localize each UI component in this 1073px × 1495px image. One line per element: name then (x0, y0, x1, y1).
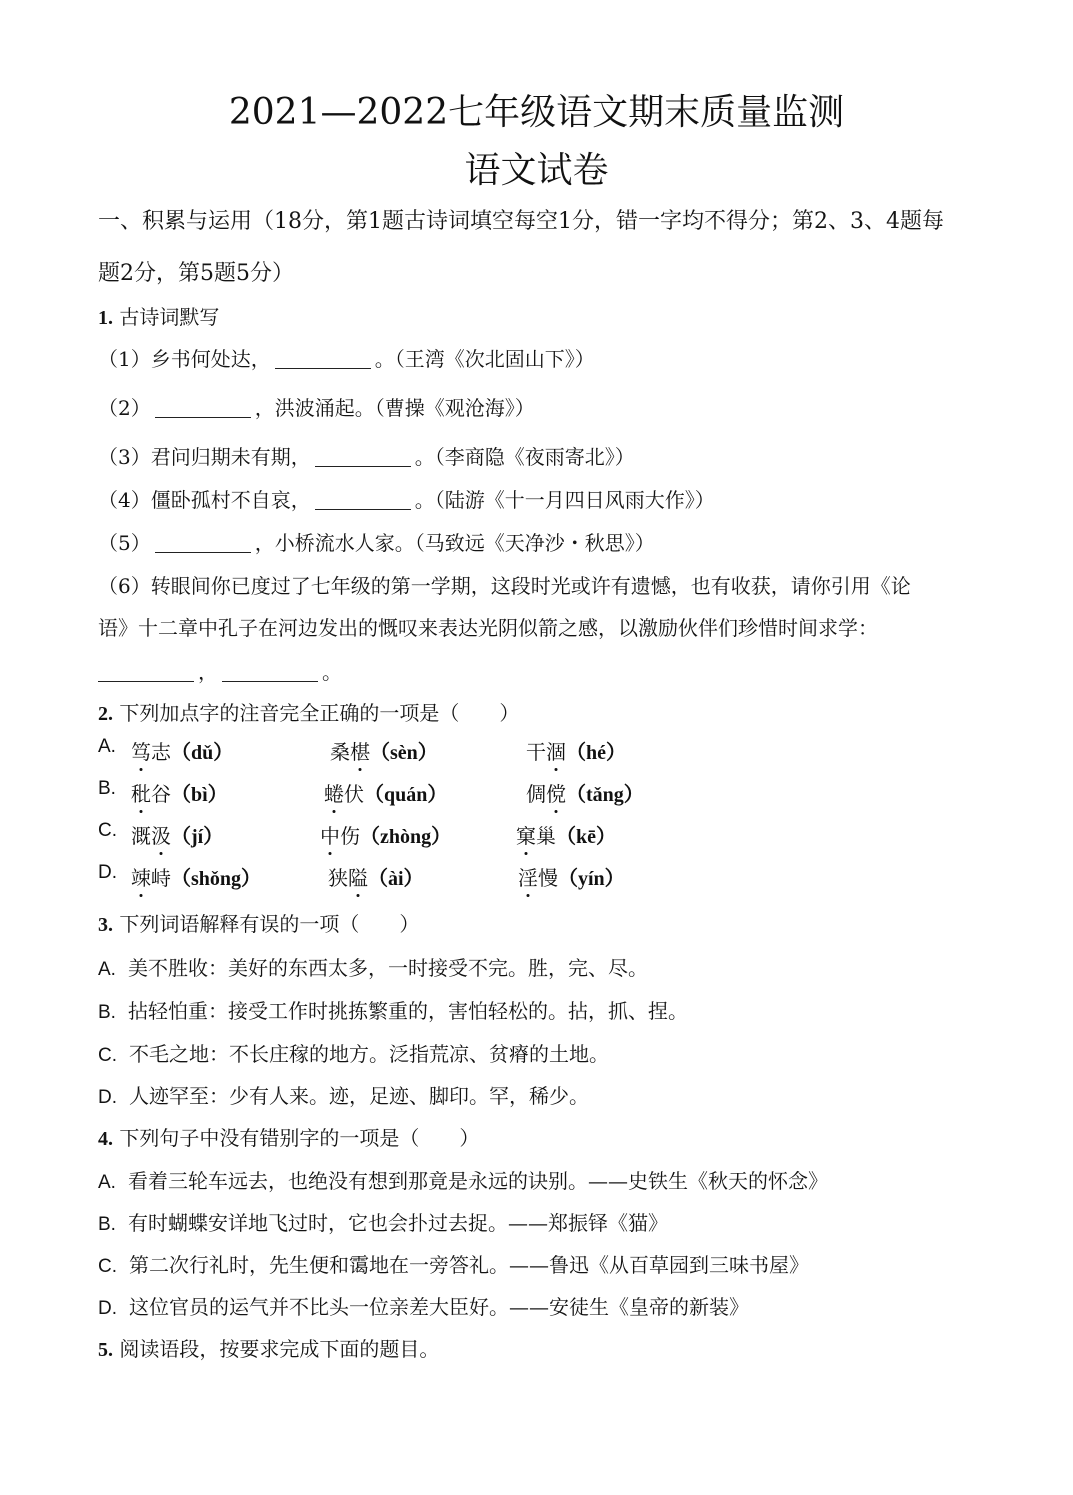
option-letter: B. (98, 1214, 116, 1235)
item-label: （5） (98, 531, 151, 555)
question-title: 下列句子中没有错别字的一项是（ ） (119, 1126, 479, 1150)
pinyin-item: 狭隘（ài） (328, 862, 424, 891)
q4-option-b[interactable]: B.有时蝴蝶安详地飞过时，它也会扑过去捉。——郑振铎《猫》 (98, 1207, 668, 1236)
question-title: 下列加点字的注音完全正确的一项是（ ） (119, 701, 519, 725)
question-number: 5. (98, 1339, 113, 1361)
option-letter: D. (98, 1298, 117, 1319)
question-title: 阅读语段，按要求完成下面的题目。 (119, 1337, 439, 1361)
question-1-heading: 1. 古诗词默写 (98, 301, 219, 330)
q1-item-5: （5），小桥流水人家。（马致远《天净沙・秋思》） (98, 527, 655, 556)
q3-option-b[interactable]: B.拈轻怕重：接受工作时挑拣繁重的，害怕轻松的。拈，抓、捏。 (98, 995, 688, 1024)
answer-blank[interactable] (155, 397, 251, 418)
pinyin-item: 干涸（hé） (526, 736, 626, 765)
item-source: 。（李商隐《夜雨寄北》） (415, 445, 635, 469)
item-label: （2） (98, 396, 151, 420)
pinyin-item: 淫慢（yín） (518, 862, 625, 891)
option-letter: B. (98, 1002, 116, 1023)
item-label: （4） (98, 488, 151, 512)
section-heading-line2: 题2分，第5题5分） (98, 256, 294, 287)
pinyin-item: 倜傥（tǎng） (526, 778, 644, 807)
question-title: 古诗词默写 (119, 305, 219, 329)
section-heading-line1: 一、积累与运用（18分，第1题古诗词填空每空1分，错一字均不得分；第2、3、4题… (98, 204, 944, 235)
answer-blank[interactable] (275, 348, 371, 369)
option-text: 这位官员的运气并不比头一位亲差大臣好。——安徒生《皇帝的新装》 (129, 1295, 749, 1319)
option-text: 不毛之地：不长庄稼的地方。泛指荒凉、贫瘠的土地。 (129, 1042, 609, 1066)
answer-blank[interactable] (222, 661, 318, 682)
option-text: 人迹罕至：少有人来。迹，足迹、脚印。罕，稀少。 (129, 1084, 589, 1108)
q1-item-6-line2: 语》十二章中孔子在河边发出的慨叹来表达光阴似箭之感，以激励伙伴们珍惜时间求学： (98, 612, 878, 641)
q3-option-d[interactable]: D.人迹罕至：少有人来。迹，足迹、脚印。罕，稀少。 (98, 1080, 589, 1109)
question-number: 2. (98, 703, 113, 725)
question-5-heading: 5. 阅读语段，按要求完成下面的题目。 (98, 1333, 439, 1362)
q4-option-d[interactable]: D.这位官员的运气并不比头一位亲差大臣好。——安徒生《皇帝的新装》 (98, 1291, 749, 1320)
pinyin-item: 中伤（zhòng） (320, 820, 451, 849)
answer-blank[interactable] (315, 489, 411, 510)
option-letter: D. (98, 862, 117, 884)
option-text: 美不胜收：美好的东西太多，一时接受不完。胜，完、尽。 (128, 956, 648, 980)
question-number: 3. (98, 914, 113, 936)
item-label: （6） (98, 574, 151, 598)
option-letter: A. (98, 736, 116, 758)
option-letter: B. (98, 778, 116, 800)
option-letter: A. (98, 959, 116, 980)
item-label: （1） (98, 347, 151, 371)
q1-item-2: （2），洪波涌起。（曹操《观沧海》） (98, 392, 535, 421)
q1-item-1: （1）乡书何处达，。（王湾《次北固山下》） (98, 343, 595, 372)
q4-option-a[interactable]: A.看着三轮车远去，也绝没有想到那竟是永远的诀别。——史铁生《秋天的怀念》 (98, 1165, 828, 1194)
answer-blank[interactable] (315, 446, 411, 467)
pinyin-item: 笃志（dǔ） (131, 736, 233, 765)
item-text: 僵卧孤村不自哀， (151, 488, 311, 512)
question-3-heading: 3. 下列词语解释有误的一项（ ） (98, 908, 419, 937)
end-mark: 。 (322, 660, 342, 684)
question-number: 4. (98, 1128, 113, 1150)
option-text: 拈轻怕重：接受工作时挑拣繁重的，害怕轻松的。拈，抓、捏。 (128, 999, 688, 1023)
item-source: ，小桥流水人家。（马致远《天净沙・秋思》） (255, 531, 655, 555)
pinyin-item: 窠巢（kē） (516, 820, 616, 849)
q1-item-3: （3）君问归期未有期，。（李商隐《夜雨寄北》） (98, 441, 635, 470)
q3-option-a[interactable]: A.美不胜收：美好的东西太多，一时接受不完。胜，完、尽。 (98, 952, 648, 981)
item-source: 。（王湾《次北固山下》） (375, 347, 595, 371)
q4-option-c[interactable]: C.第二次行礼时，先生便和霭地在一旁答礼。——鲁迅《从百草园到三味书屋》 (98, 1249, 809, 1278)
q1-item-4: （4）僵卧孤村不自哀，。（陆游《十一月四日风雨大作》） (98, 484, 715, 513)
item-text: 君问归期未有期， (151, 445, 311, 469)
question-title: 下列词语解释有误的一项（ ） (119, 912, 419, 936)
option-text: 看着三轮车远去，也绝没有想到那竟是永远的诀别。——史铁生《秋天的怀念》 (128, 1169, 828, 1193)
pinyin-item: 蜷伏（quán） (324, 778, 447, 807)
exam-subtitle: 语文试卷 (0, 142, 1073, 193)
item-label: （3） (98, 445, 151, 469)
item-source: ，洪波涌起。（曹操《观沧海》） (255, 396, 535, 420)
pinyin-item: 竦峙（shǒng） (131, 862, 261, 891)
option-letter: C. (98, 1256, 117, 1277)
option-letter: A. (98, 1172, 116, 1193)
option-letter: C. (98, 820, 117, 842)
question-4-heading: 4. 下列句子中没有错别字的一项是（ ） (98, 1122, 479, 1151)
question-number: 1. (98, 307, 113, 329)
answer-blank[interactable] (155, 532, 251, 553)
answer-blank[interactable] (98, 661, 194, 682)
exam-page: 2021—2022七年级语文期末质量监测 语文试卷 一、积累与运用（18分，第1… (0, 0, 1073, 1495)
option-text: 第二次行礼时，先生便和霭地在一旁答礼。——鲁迅《从百草园到三味书屋》 (129, 1253, 809, 1277)
q1-item-6-answers: ，。 (98, 656, 342, 685)
question-2-heading: 2. 下列加点字的注音完全正确的一项是（ ） (98, 697, 519, 726)
pinyin-item: 秕谷（bì） (131, 778, 228, 807)
pinyin-item: 溉汲（jí） (131, 820, 223, 849)
item-text: 转眼间你已度过了七年级的第一学期，这段时光或许有遗憾，也有收获，请你引用《论 (151, 574, 911, 598)
item-source: 。（陆游《十一月四日风雨大作》） (415, 488, 715, 512)
option-letter: D. (98, 1087, 117, 1108)
q3-option-c[interactable]: C.不毛之地：不长庄稼的地方。泛指荒凉、贫瘠的土地。 (98, 1038, 609, 1067)
item-text: 乡书何处达， (151, 347, 271, 371)
option-text: 有时蝴蝶安详地飞过时，它也会扑过去捉。——郑振铎《猫》 (128, 1211, 668, 1235)
q1-item-6-line1: （6）转眼间你已度过了七年级的第一学期，这段时光或许有遗憾，也有收获，请你引用《… (98, 570, 911, 599)
pinyin-item: 桑椹（sèn） (330, 736, 438, 765)
exam-title: 2021—2022七年级语文期末质量监测 (0, 84, 1073, 135)
separator: ， (198, 660, 218, 684)
option-letter: C. (98, 1045, 117, 1066)
